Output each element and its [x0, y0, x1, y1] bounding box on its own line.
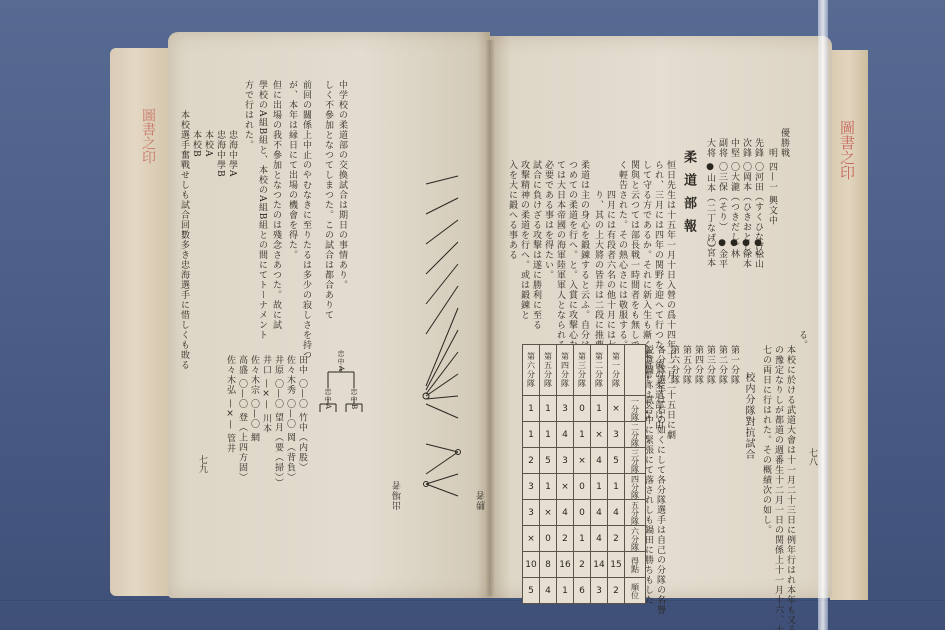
squad-2: 第二分隊: [716, 345, 728, 385]
note-intro-1: 本校に於ける武道大會は十一月二十三日に例年行はれ本年も又そ: [784, 345, 796, 585]
col-header: 第六分隊: [523, 345, 540, 396]
cell: 3: [557, 448, 574, 474]
cell: 4: [557, 500, 574, 526]
left-bout-5: 佐々木宗 〇—〇 網: [248, 355, 260, 475]
row-label: 三分隊: [625, 448, 646, 474]
bracket-semi-1: 忠中A: [323, 388, 332, 410]
table-row: × 0 2 1 4 2 六分隊: [523, 526, 646, 552]
book-gutter: [486, 40, 494, 596]
col-header: 第五分隊: [540, 345, 557, 396]
row-label: 五分隊: [625, 500, 646, 526]
col-header-blank: [625, 345, 646, 396]
left-body-text-3: 中学校の柔道部の交換試合は期日の事情あり。: [336, 80, 348, 310]
cell: 1: [608, 474, 625, 500]
note-footer-1: 各分隊選手は右の如くにして各分隊選手は自己の分隊の名譽: [654, 345, 666, 545]
left-closing-text: 本校選手奮戰せしも試合回數多き忠海選手に惜しくも敗る: [178, 110, 190, 340]
cell: 4: [591, 500, 608, 526]
cell: 2: [608, 578, 625, 604]
row-label: 一分隊: [625, 396, 646, 422]
left-body-text-2: が、本年は縁日にて出場の機會を得た。: [286, 80, 298, 310]
left-team-a: 忠海中學A: [226, 130, 238, 178]
left-body-text-7: 方で行はれた。: [242, 80, 254, 310]
cell: 5: [608, 448, 625, 474]
lineup-1-pos: 先鋒: [752, 138, 764, 158]
cell: ×: [523, 526, 540, 552]
right-body-col-12: 試合に負けざる攻撃は遂に勝利に至る: [530, 160, 542, 330]
cell: ×: [608, 396, 625, 422]
note-intro-3: 七の両日に行はれた。その概績次の如し。: [760, 345, 772, 585]
cell: 3: [523, 500, 540, 526]
cell: 1: [557, 578, 574, 604]
squad-3: 第三分隊: [704, 345, 716, 385]
right-body-col-1: 恒日先生は十五年一月十日入營の爲十四年十二月二十五日に劇: [664, 160, 676, 330]
lineup-4-pos: 副将: [716, 138, 728, 158]
tournament-bracket: 忠中A 忠中A 忠中B: [316, 352, 366, 432]
bracket-semi-2: 忠中B: [349, 388, 358, 410]
cell: 3: [523, 474, 540, 500]
cell: 1: [574, 422, 591, 448]
surface-seam: [0, 600, 945, 601]
right-body-col-2: られ、三月には四年の関野を迎へて行つた。後の柔道部は由: [652, 160, 664, 330]
cell: 4: [608, 500, 625, 526]
cell: 2: [557, 526, 574, 552]
left-body-text-6: 學校のA組B組と、本校のA組B組との間にてトーナメント: [256, 80, 268, 310]
note-intro-2: の豫定なりしが都道の週番生十二月一日の関係上十一月十六、十: [772, 345, 784, 585]
note-heading: 校内分隊對抗試合: [742, 372, 754, 460]
col-header: 第四分隊: [557, 345, 574, 396]
squad-4: 第四分隊: [692, 345, 704, 385]
right-body-col-6: 四月には有段者六名の他十月には七名の: [604, 190, 616, 330]
right-body-col-9: つめての柔道を行へ。と。入賞に攻撃心なくて: [566, 160, 578, 330]
cell: 3: [557, 396, 574, 422]
lineup-2-right: ●徐本: [740, 238, 752, 269]
elimination-diagram: [396, 124, 476, 514]
col-header: 第二分隊: [591, 345, 608, 396]
right-body-col-8: 柔道は主の身心を鍛錬すると云ふ。自分は諸君に望む。諸: [578, 160, 590, 330]
right-body-col-13: 攻撃精神の柔道を行へ。或は鍛錬と: [518, 160, 530, 330]
cell: 4: [591, 526, 608, 552]
table-header-row: 第六分隊 第五分隊 第四分隊 第三分隊 第二分隊 第一分隊: [523, 345, 646, 396]
col-header: 第三分隊: [574, 345, 591, 396]
left-bout-4: 井口 —×— 川本: [260, 355, 272, 475]
cell: 1: [523, 396, 540, 422]
cell: 2: [574, 552, 591, 578]
left-body-text-1: 前回の關係上中止のやむなきに至りたるは多少の寂しさを持つ: [300, 80, 312, 310]
left-team-d: 本校B: [190, 130, 202, 158]
lineup-3-right: ●林: [728, 238, 740, 259]
table-row: 1 1 3 0 1 × 一分隊: [523, 396, 646, 422]
cell: 0: [574, 474, 591, 500]
cell: 16: [557, 552, 574, 578]
col-header: 第一分隊: [608, 345, 625, 396]
right-body-col-10: ては大日本帝國の海軍陸軍軍人となられるの: [554, 160, 566, 330]
cell: 1: [523, 422, 540, 448]
right-body-col-5: く輕告された。その熱心さには敬服する。: [616, 160, 628, 330]
row-label: 六分隊: [625, 526, 646, 552]
bracket-winner: 忠中A: [336, 350, 345, 372]
section-title: 柔道部報: [682, 150, 694, 242]
cell: 1: [540, 422, 557, 448]
left-bout-1: 田中 〇—〇 竹中（内股）: [296, 355, 308, 475]
left-team-b: 忠海中學B: [214, 130, 226, 178]
lineup-3-pos: 中堅: [728, 138, 740, 158]
left-page-number: 七九: [196, 455, 209, 473]
left-team-c: 本校A: [202, 130, 214, 158]
table-row: 1 1 4 1 × 3 二分隊: [523, 422, 646, 448]
left-bout-3: 井原 〇—〇 望月（要（掃））: [272, 355, 284, 475]
row-label: 二分隊: [625, 422, 646, 448]
table-row: 3 1 × 0 1 1 四分隊: [523, 474, 646, 500]
cell: 1: [591, 474, 608, 500]
results-table: 第六分隊 第五分隊 第四分隊 第三分隊 第二分隊 第一分隊 1 1 3 0 1 …: [522, 344, 646, 604]
library-stamp-right: 圖書之印: [834, 120, 858, 250]
left-body-text-5: 但に出場の我不參加となつたのは殘念さあつた。故に試: [270, 80, 282, 310]
cell: ×: [540, 500, 557, 526]
left-bout-2: 佐々木秀 〇—〇 岡（背負）: [284, 355, 296, 475]
cell: ×: [557, 474, 574, 500]
library-stamp-left: 圖書之印: [138, 108, 158, 218]
cell: 0: [540, 526, 557, 552]
squad-1: 第一分隊: [728, 345, 740, 385]
lineup-2-pos: 次鋒: [740, 138, 752, 158]
right-body-col-7: り、其の上大將の皆井は二段に推薦する: [592, 190, 604, 330]
squad-5: 第五分隊: [680, 345, 692, 385]
book-fore-edge-left: 圖書之印: [110, 48, 172, 596]
table-row: 3 × 4 0 4 4 五分隊: [523, 500, 646, 526]
cell: 15: [608, 552, 625, 578]
lineup-4-right: ●金平: [716, 238, 728, 269]
left-bout-7: 佐々木弘 —×— 管井: [224, 355, 236, 475]
cell: 4: [591, 448, 608, 474]
cell: 3: [591, 578, 608, 604]
lineup-5-pos: 大将: [704, 138, 716, 158]
diagram-labels-inner: 出場者: [392, 140, 404, 510]
cell: 1: [540, 396, 557, 422]
cell: 2: [523, 448, 540, 474]
cell: 3: [608, 422, 625, 448]
table-row-rank: 5 4 1 6 3 2 順位: [523, 578, 646, 604]
match-score: 明 四—一 興文中: [766, 148, 778, 226]
left-body-text-4: しく不參加となつてしまつた。この試合は都合ありて: [322, 80, 334, 310]
right-body-col-3: して守る方であるか。それに新入生も漸く柔道部員は少な: [640, 160, 652, 330]
right-body-col-4: 関與と云つては部長戦一時間者をも無しである。で、無部選: [628, 160, 640, 330]
cell: 0: [574, 500, 591, 526]
cell: ×: [591, 422, 608, 448]
cell: 4: [557, 422, 574, 448]
cell: 5: [523, 578, 540, 604]
row-label: 順位: [625, 578, 646, 604]
cell: 4: [540, 578, 557, 604]
cell: 6: [574, 578, 591, 604]
lineup-1-right: ●松山: [752, 238, 764, 269]
right-body-col-14: 入を大に鍛へる事ある: [506, 160, 518, 330]
cell: 8: [540, 552, 557, 578]
cell: 5: [540, 448, 557, 474]
table-row: 2 5 3 × 4 5 三分隊: [523, 448, 646, 474]
cell: 1: [574, 526, 591, 552]
lineup-4-left: 〇三保（そり）: [716, 162, 728, 232]
cell: 10: [523, 552, 540, 578]
right-body-col-11: 必要である事はを得たい。: [542, 160, 554, 330]
left-bout-6: 高盛 〇—〇 登（上四方固）: [236, 355, 248, 475]
cell: 1: [540, 474, 557, 500]
cell: 0: [574, 396, 591, 422]
plastic-bookmark-strip: [818, 0, 828, 630]
cell: 2: [608, 526, 625, 552]
book-fore-edge-right: 圖書之印: [830, 50, 868, 600]
row-label: 得點: [625, 552, 646, 578]
cell: 14: [591, 552, 608, 578]
cell: ×: [574, 448, 591, 474]
squad-6: 第六分隊: [668, 345, 680, 385]
table-row-points: 10 8 16 2 14 15 得點: [523, 552, 646, 578]
cell: 1: [591, 396, 608, 422]
lineup-5-right: 〇宮本: [704, 238, 716, 268]
note-end: る。: [796, 330, 808, 350]
match-title: 優勝戦: [778, 128, 790, 158]
diagram-lines: [396, 124, 476, 514]
row-label: 四分隊: [625, 474, 646, 500]
